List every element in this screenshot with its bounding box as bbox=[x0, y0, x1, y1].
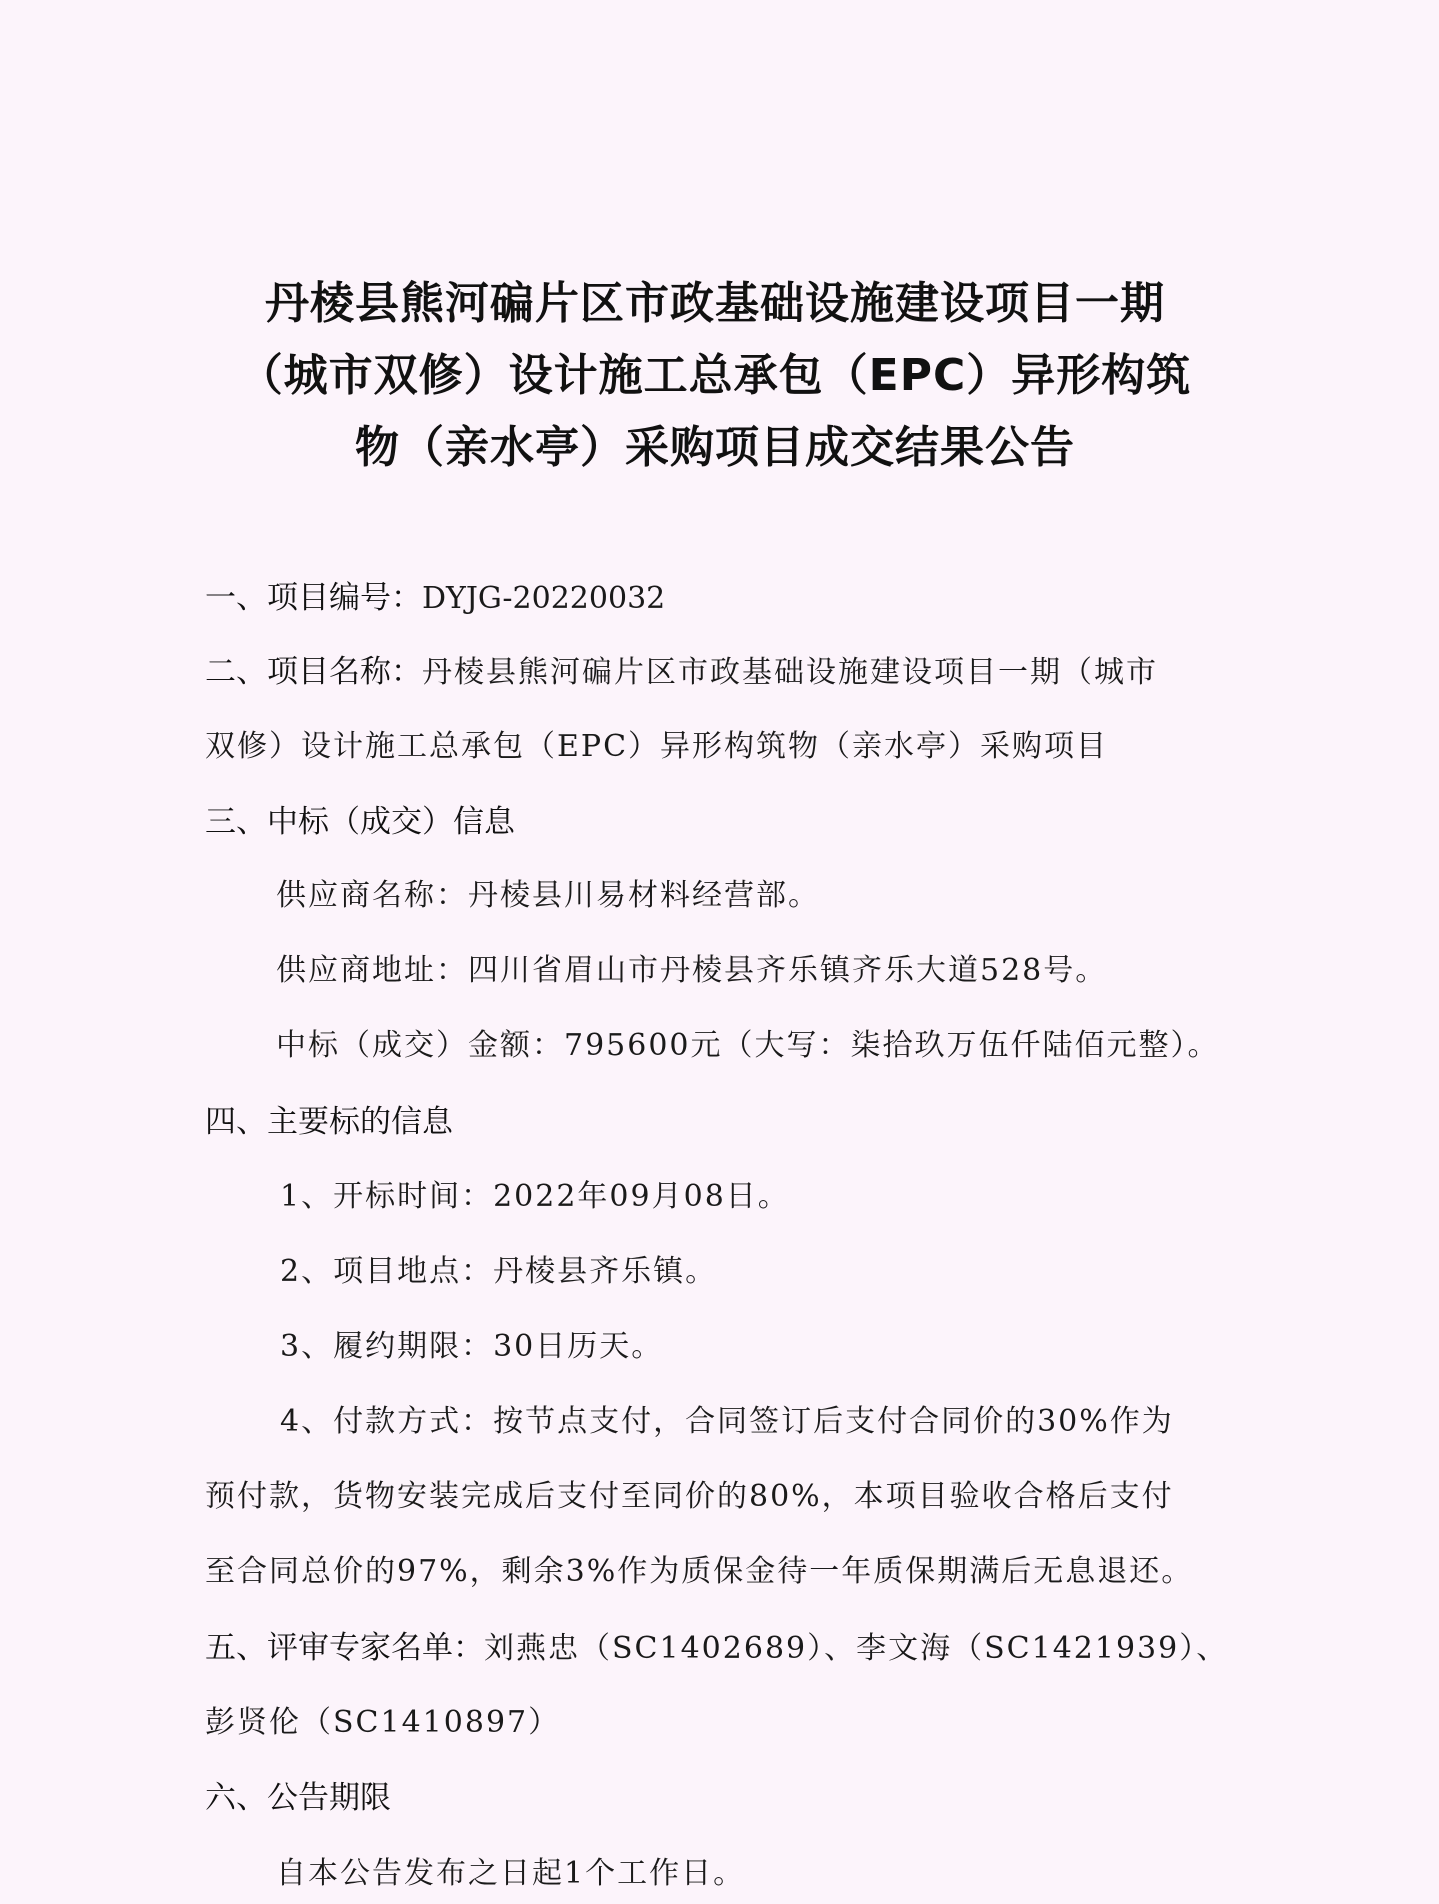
section-heading: 一、项目编号： bbox=[205, 580, 422, 616]
notice-period: 自本公告发布之日起1个工作日。 bbox=[276, 1856, 745, 1892]
section-heading: 二、项目名称： bbox=[205, 654, 422, 690]
document-title: 丹棱县熊河碥片区市政基础设施建设项目一期 （城市双修）设计施工总承包（EPC）异… bbox=[210, 268, 1220, 484]
performance-period: 3、履约期限：30日历天。 bbox=[280, 1329, 663, 1365]
payment-terms-line-2: 预付款，货物安装完成后支付至同价的80%，本项目验收合格后支付 bbox=[205, 1479, 1174, 1515]
payment-terms-line-3: 至合同总价的97%，剩余3%作为质保金待一年质保期满后无息退还。 bbox=[205, 1554, 1193, 1590]
supplier-name: 供应商名称：丹棱县川易材料经营部。 bbox=[276, 878, 820, 914]
payment-terms-line-1: 4、付款方式：按节点支付，合同签订后支付合同价的30%作为 bbox=[280, 1404, 1174, 1440]
project-name-line-1: 丹棱县熊河碥片区市政基础设施建设项目一期（城市 bbox=[422, 655, 1158, 690]
supplier-address: 供应商地址：四川省眉山市丹棱县齐乐镇齐乐大道528号。 bbox=[276, 953, 1107, 989]
project-name-line-2: 双修）设计施工总承包（EPC）异形构筑物（亲水亭）采购项目 bbox=[205, 729, 1108, 765]
title-line-1: 丹棱县熊河碥片区市政基础设施建设项目一期 bbox=[210, 268, 1220, 340]
experts-line-1: 刘燕忠（SC1402689）、李文海（SC1421939）、 bbox=[484, 1631, 1228, 1666]
experts-line-2: 彭贤伦（SC1410897） bbox=[205, 1705, 560, 1741]
section-project-number: 一、项目编号：DYJG-20220032 bbox=[205, 580, 665, 617]
section-review-experts: 五、评审专家名单：刘燕忠（SC1402689）、李文海（SC1421939）、 bbox=[205, 1630, 1228, 1667]
title-line-2: （城市双修）设计施工总承包（EPC）异形构筑 bbox=[210, 340, 1220, 412]
award-amount: 中标（成交）金额：795600元（大写：柒拾玖万伍仟陆佰元整）。 bbox=[276, 1028, 1220, 1064]
bid-opening-time: 1、开标时间：2022年09月08日。 bbox=[280, 1179, 790, 1215]
section-heading-main-items: 四、主要标的信息 bbox=[205, 1104, 453, 1140]
section-heading-notice-period: 六、公告期限 bbox=[205, 1780, 391, 1816]
section-project-name: 二、项目名称：丹棱县熊河碥片区市政基础设施建设项目一期（城市 bbox=[205, 654, 1158, 691]
section-heading-award-info: 三、中标（成交）信息 bbox=[205, 804, 515, 840]
section-heading: 五、评审专家名单： bbox=[205, 1630, 484, 1666]
project-location: 2、项目地点：丹棱县齐乐镇。 bbox=[280, 1254, 717, 1290]
title-line-3: 物（亲水亭）采购项目成交结果公告 bbox=[210, 412, 1220, 484]
project-number: DYJG-20220032 bbox=[422, 581, 665, 616]
